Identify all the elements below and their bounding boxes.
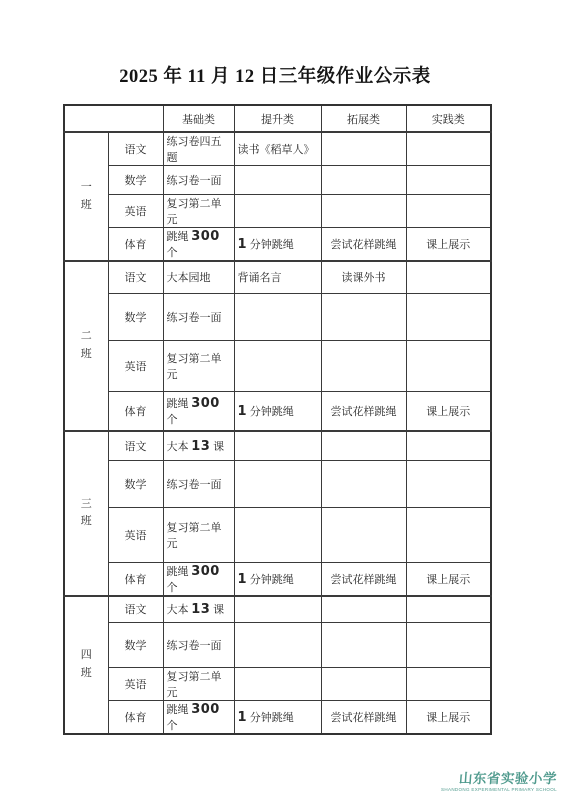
cell-basic: 复习第二单元 — [163, 668, 234, 701]
cell-basic: 大本园地 — [163, 261, 234, 293]
cell-improve — [234, 195, 321, 228]
cell-improve — [234, 507, 321, 562]
class-label: 一班 — [80, 179, 92, 214]
cell-expand — [321, 195, 406, 228]
cell-expand: 尝试花样跳绳 — [321, 228, 406, 262]
handwritten-number: 1 — [238, 237, 248, 252]
cell-expand: 读课外书 — [321, 261, 406, 293]
class-label: 二班 — [80, 328, 92, 363]
cell-basic: 练习卷一面 — [163, 623, 234, 668]
cell-basic: 大本 13 课 — [163, 431, 234, 460]
subject-cell: 体育 — [108, 228, 163, 262]
cell-practice: 课上展示 — [406, 562, 491, 596]
table-row: 英语 复习第二单元 — [64, 507, 491, 562]
cell-improve: 背诵名言 — [234, 261, 321, 293]
table-row: 英语 复习第二单元 — [64, 668, 491, 701]
class-label-cell: 二班 — [64, 261, 108, 431]
cell-expand: 尝试花样跳绳 — [321, 391, 406, 431]
cell-expand: 尝试花样跳绳 — [321, 701, 406, 735]
table-row: 体育 跳绳 300 个 1 分钟跳绳 尝试花样跳绳 课上展示 — [64, 562, 491, 596]
cell-basic: 练习卷一面 — [163, 460, 234, 507]
cell-basic: 复习第二单元 — [163, 507, 234, 562]
class-label-cell: 一班 — [64, 132, 108, 261]
cell-improve — [234, 460, 321, 507]
table-row: 数学 练习卷一面 — [64, 293, 491, 340]
handwritten-number: 1 — [238, 710, 248, 725]
cell-practice: 课上展示 — [406, 701, 491, 735]
class-block-4: 四班 语文 大本 13 课 数学 练习卷一面 英语 复习第二单元 — [64, 596, 491, 735]
class-label-cell: 三班 — [64, 431, 108, 596]
subject-cell: 数学 — [108, 166, 163, 195]
cell-basic: 大本 13 课 — [163, 596, 234, 623]
cell-practice: 课上展示 — [406, 228, 491, 262]
subject-cell: 数学 — [108, 293, 163, 340]
table-row: 三班 语文 大本 13 课 — [64, 431, 491, 460]
cell-improve — [234, 431, 321, 460]
subject-cell: 数学 — [108, 460, 163, 507]
cell-expand — [321, 460, 406, 507]
cell-improve: 1 分钟跳绳 — [234, 228, 321, 262]
subject-cell: 英语 — [108, 195, 163, 228]
subject-cell: 语文 — [108, 431, 163, 460]
cell-expand — [321, 293, 406, 340]
cell-practice — [406, 668, 491, 701]
subject-cell: 英语 — [108, 340, 163, 391]
cell-practice — [406, 623, 491, 668]
cell-practice: 课上展示 — [406, 391, 491, 431]
class-label: 四班 — [80, 647, 92, 682]
cell-practice — [406, 596, 491, 623]
document-page: 2025 年 11 月 12 日三年级作业公示表 基础类 提升类 拓展类 实践类… — [0, 0, 565, 800]
subject-cell: 语文 — [108, 132, 163, 166]
table-row: 数学 练习卷一面 — [64, 460, 491, 507]
homework-table: 基础类 提升类 拓展类 实践类 一班 语文 练习卷四五题 读书《稻草人》 数学 … — [63, 104, 492, 735]
header-cell-expand: 拓展类 — [321, 105, 406, 132]
cell-improve: 1 分钟跳绳 — [234, 391, 321, 431]
cell-improve: 读书《稻草人》 — [234, 132, 321, 166]
cell-practice — [406, 132, 491, 166]
cell-practice — [406, 431, 491, 460]
school-logo: 山东省实验小学 SHANDONG EXPERIMENTAL PRIMARY SC… — [441, 772, 557, 792]
table-row: 数学 练习卷一面 — [64, 166, 491, 195]
class-label-cell: 四班 — [64, 596, 108, 735]
cell-improve: 1 分钟跳绳 — [234, 562, 321, 596]
table-header-row: 基础类 提升类 拓展类 实践类 — [64, 105, 491, 132]
subject-cell: 英语 — [108, 507, 163, 562]
subject-cell: 体育 — [108, 562, 163, 596]
cell-expand — [321, 623, 406, 668]
handwritten-number: 13 — [191, 602, 210, 617]
subject-cell: 语文 — [108, 261, 163, 293]
cell-basic: 复习第二单元 — [163, 195, 234, 228]
class-block-1: 一班 语文 练习卷四五题 读书《稻草人》 数学 练习卷一面 英语 复习第二单元 — [64, 132, 491, 261]
cell-expand — [321, 166, 406, 195]
cell-basic: 跳绳 300 个 — [163, 701, 234, 735]
cell-practice — [406, 293, 491, 340]
table-row: 体育 跳绳 300 个 1 分钟跳绳 尝试花样跳绳 课上展示 — [64, 391, 491, 431]
handwritten-number: 300 — [191, 564, 220, 579]
class-block-3: 三班 语文 大本 13 课 数学 练习卷一面 英语 复习第二单元 — [64, 431, 491, 596]
cell-expand — [321, 431, 406, 460]
cell-basic: 练习卷四五题 — [163, 132, 234, 166]
cell-basic: 跳绳 300 个 — [163, 562, 234, 596]
page-title: 2025 年 11 月 12 日三年级作业公示表 — [40, 62, 510, 88]
cell-improve — [234, 623, 321, 668]
subject-cell: 英语 — [108, 668, 163, 701]
cell-basic: 练习卷一面 — [163, 293, 234, 340]
table-row: 二班 语文 大本园地 背诵名言 读课外书 — [64, 261, 491, 293]
table-row: 一班 语文 练习卷四五题 读书《稻草人》 — [64, 132, 491, 166]
cell-practice — [406, 195, 491, 228]
cell-expand — [321, 340, 406, 391]
cell-expand — [321, 132, 406, 166]
cell-practice — [406, 460, 491, 507]
class-block-2: 二班 语文 大本园地 背诵名言 读课外书 数学 练习卷一面 英语 复习第二单元 — [64, 261, 491, 431]
class-label: 三班 — [80, 496, 92, 531]
cell-basic: 跳绳 300 个 — [163, 391, 234, 431]
handwritten-number: 1 — [238, 404, 248, 419]
table-row: 数学 练习卷一面 — [64, 623, 491, 668]
cell-practice — [406, 261, 491, 293]
header-cell-basic: 基础类 — [163, 105, 234, 132]
handwritten-number: 300 — [191, 702, 220, 717]
school-logo-english-name: SHANDONG EXPERIMENTAL PRIMARY SCHOOL — [441, 788, 557, 793]
table-row: 四班 语文 大本 13 课 — [64, 596, 491, 623]
table-row: 英语 复习第二单元 — [64, 340, 491, 391]
table-row: 体育 跳绳 300 个 1 分钟跳绳 尝试花样跳绳 课上展示 — [64, 228, 491, 262]
handwritten-number: 13 — [191, 439, 210, 454]
school-logo-chinese-name: 山东省实验小学 — [441, 772, 558, 786]
table-row: 英语 复习第二单元 — [64, 195, 491, 228]
cell-expand — [321, 507, 406, 562]
cell-expand — [321, 668, 406, 701]
handwritten-number: 1 — [238, 572, 248, 587]
subject-cell: 数学 — [108, 623, 163, 668]
header-empty-cell — [64, 105, 163, 132]
cell-improve — [234, 293, 321, 340]
cell-improve — [234, 340, 321, 391]
table-row: 体育 跳绳 300 个 1 分钟跳绳 尝试花样跳绳 课上展示 — [64, 701, 491, 735]
cell-basic: 跳绳 300 个 — [163, 228, 234, 262]
subject-cell: 体育 — [108, 391, 163, 431]
subject-cell: 语文 — [108, 596, 163, 623]
cell-improve: 1 分钟跳绳 — [234, 701, 321, 735]
cell-expand: 尝试花样跳绳 — [321, 562, 406, 596]
header-cell-improve: 提升类 — [234, 105, 321, 132]
cell-improve — [234, 668, 321, 701]
subject-cell: 体育 — [108, 701, 163, 735]
cell-basic: 练习卷一面 — [163, 166, 234, 195]
cell-improve — [234, 596, 321, 623]
cell-improve — [234, 166, 321, 195]
header-cell-practice: 实践类 — [406, 105, 491, 132]
cell-basic: 复习第二单元 — [163, 340, 234, 391]
handwritten-number: 300 — [191, 229, 220, 244]
handwritten-number: 300 — [191, 396, 220, 411]
cell-practice — [406, 166, 491, 195]
cell-expand — [321, 596, 406, 623]
cell-practice — [406, 340, 491, 391]
cell-practice — [406, 507, 491, 562]
